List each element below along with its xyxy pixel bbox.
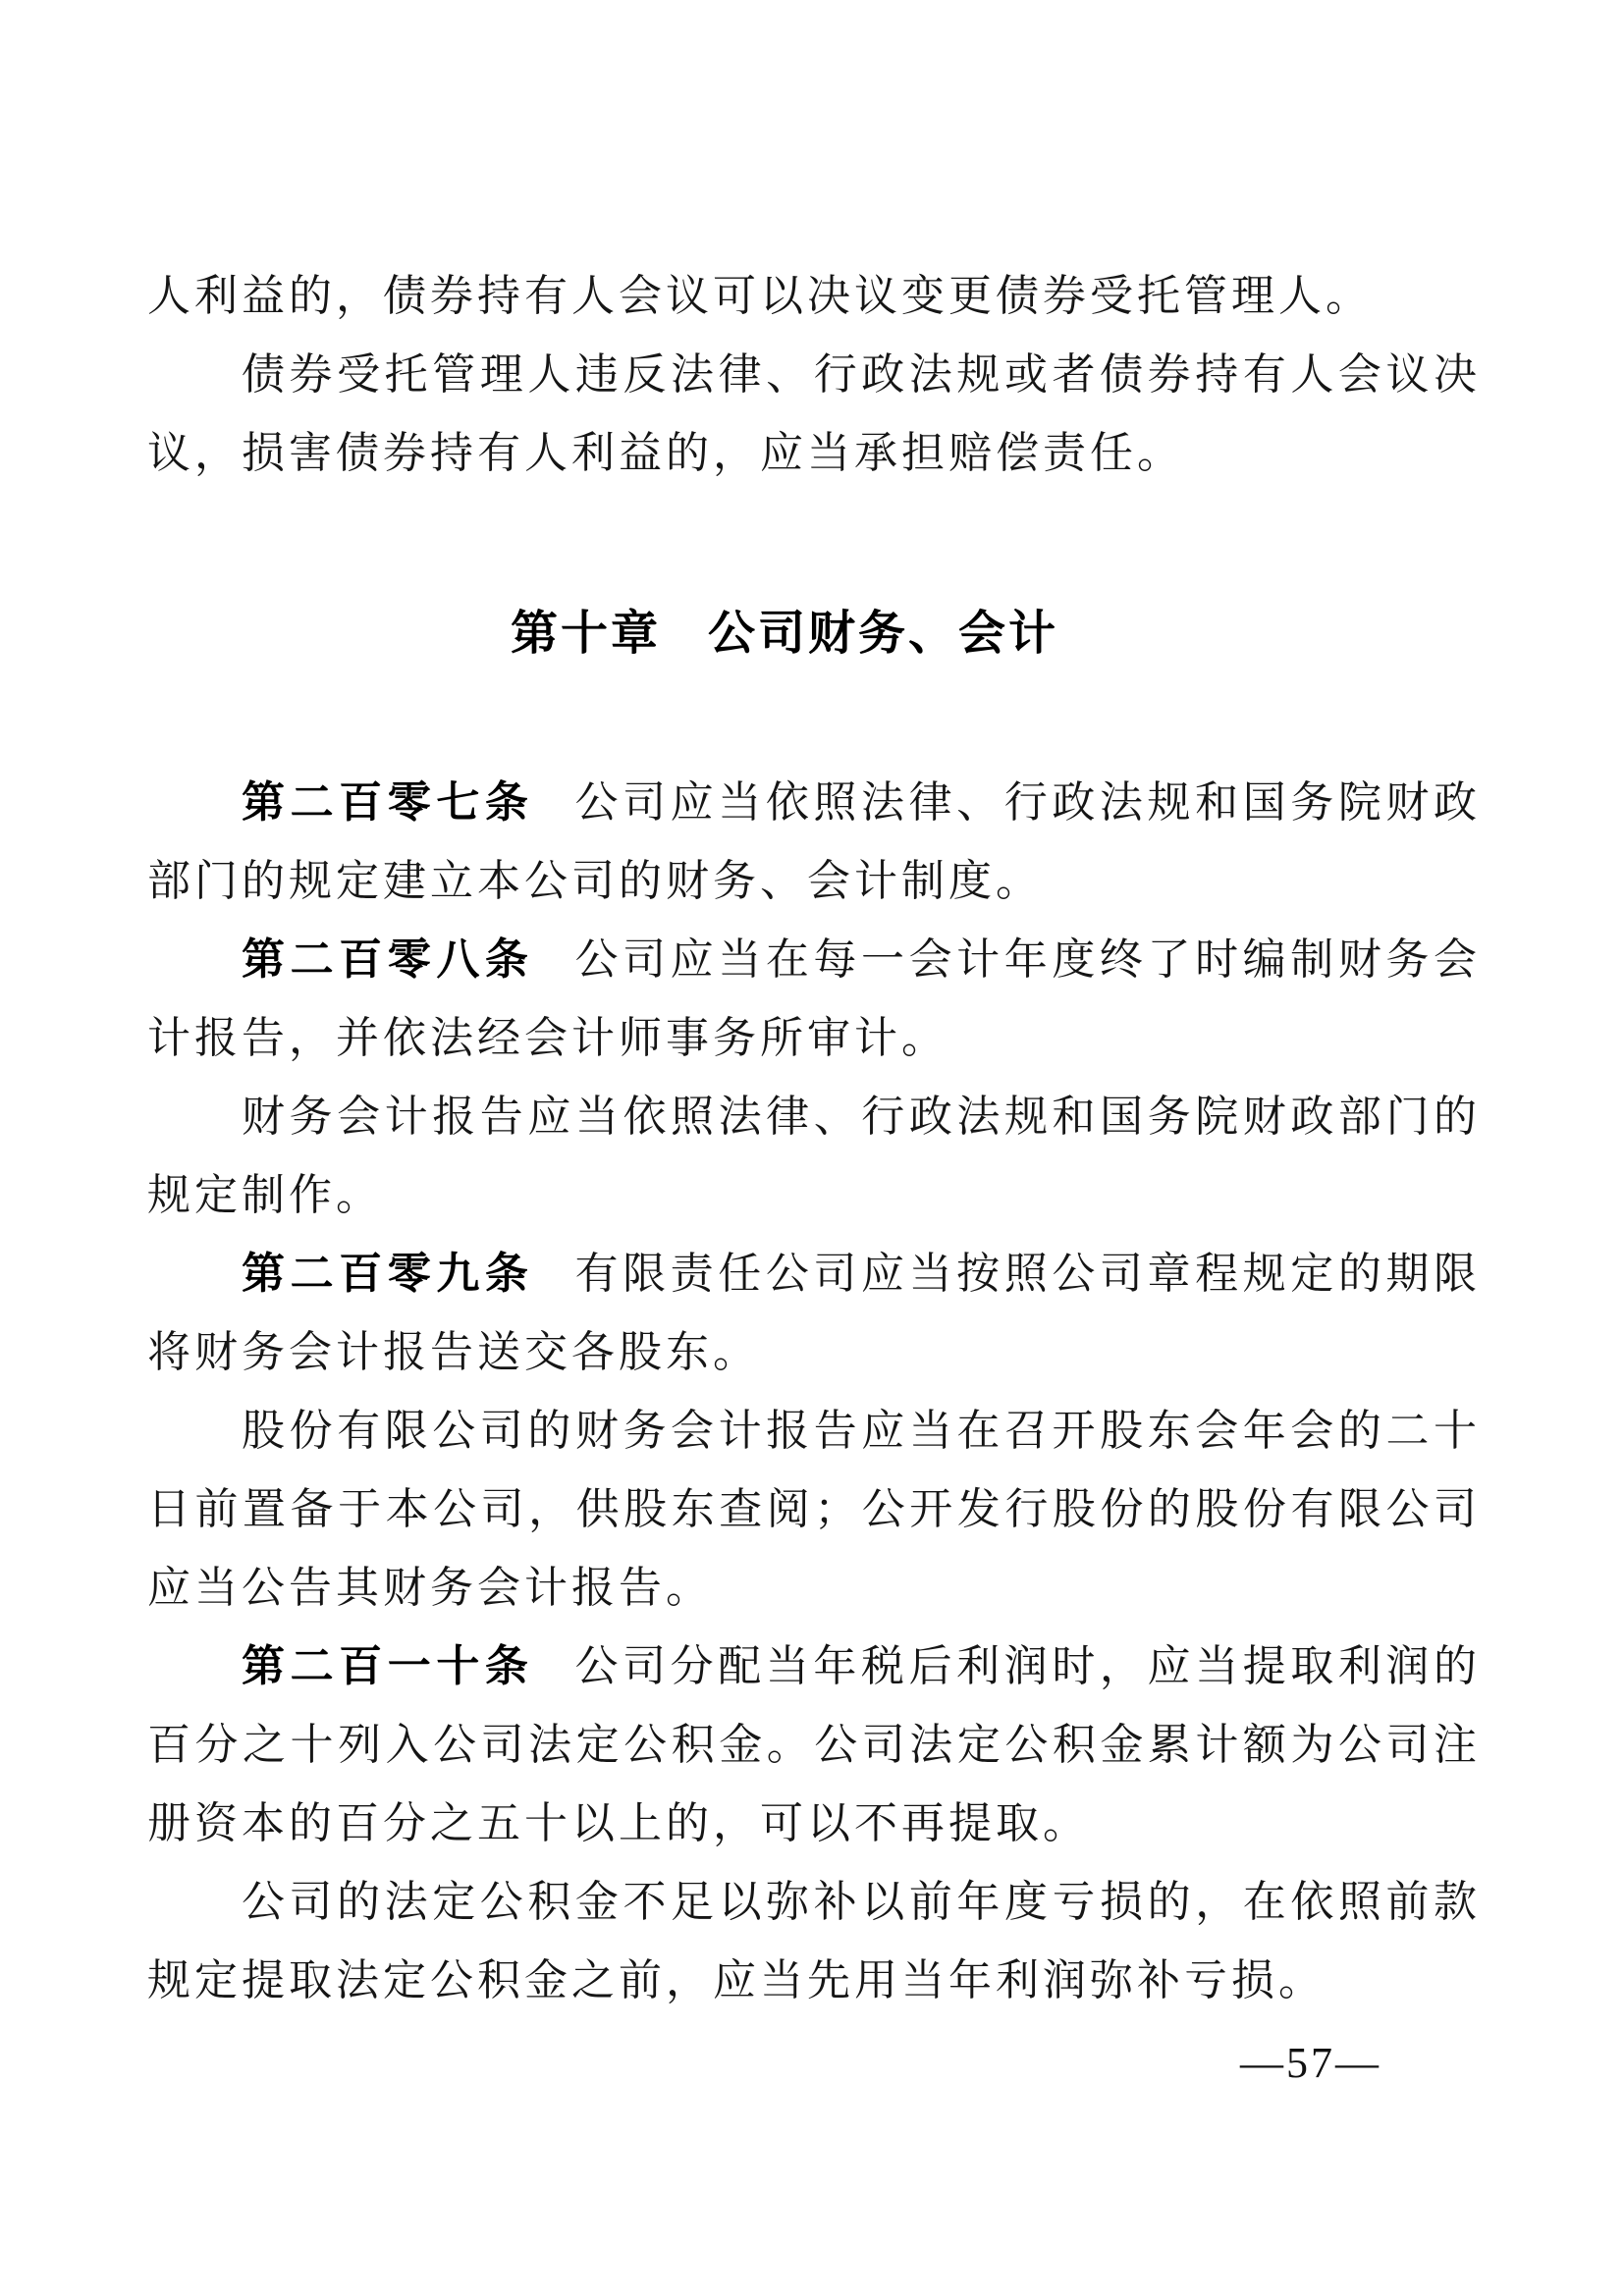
article-paragraph: 第二百零七条公司应当依照法律、行政法规和国务院财政部门的规定建立本公司的财务、会… [147, 764, 1481, 921]
article-number: 第二百一十条 [242, 1642, 534, 1690]
chapter-heading: 第十章公司财务、会计 [147, 589, 1422, 679]
article-number: 第二百零八条 [242, 935, 534, 984]
paragraph: 公司的法定公积金不足以弥补以前年度亏损的，在依照前款规定提取法定公积金之前，应当… [147, 1863, 1481, 2020]
paragraph-continuation: 人利益的，债券持有人会议可以决议变更债券受托管理人。 [147, 257, 1481, 336]
paragraph: 财务会计报告应当依照法律、行政法规和国务院财政部门的规定制作。 [147, 1078, 1481, 1235]
article-number: 第二百零九条 [242, 1250, 534, 1298]
paragraph: 股份有限公司的财务会计报告应当在召开股东会年会的二十日前置备于本公司，供股东查阅… [147, 1392, 1481, 1628]
article-paragraph: 第二百一十条公司分配当年税后利润时，应当提取利润的百分之十列入公司法定公积金。公… [147, 1628, 1481, 1863]
chapter-title: 公司财务、会计 [708, 608, 1058, 660]
document-page: 人利益的，债券持有人会议可以决议变更债券受托管理人。 债券受托管理人违反法律、行… [0, 0, 1624, 2296]
article-paragraph: 第二百零九条有限责任公司应当按照公司章程规定的期限将财务会计报告送交各股东。 [147, 1235, 1481, 1392]
article-paragraph: 第二百零八条公司应当在每一会计年度终了时编制财务会计报告，并依法经会计师事务所审… [147, 921, 1481, 1078]
paragraph: 债券受托管理人违反法律、行政法规或者债券持有人会议决议，损害债券持有人利益的，应… [147, 336, 1481, 493]
chapter-number: 第十章 [511, 608, 661, 660]
page-number: —57— [1240, 2034, 1381, 2093]
document-content: 人利益的，债券持有人会议可以决议变更债券受托管理人。 债券受托管理人违反法律、行… [147, 257, 1481, 2020]
article-number: 第二百零七条 [242, 778, 534, 827]
